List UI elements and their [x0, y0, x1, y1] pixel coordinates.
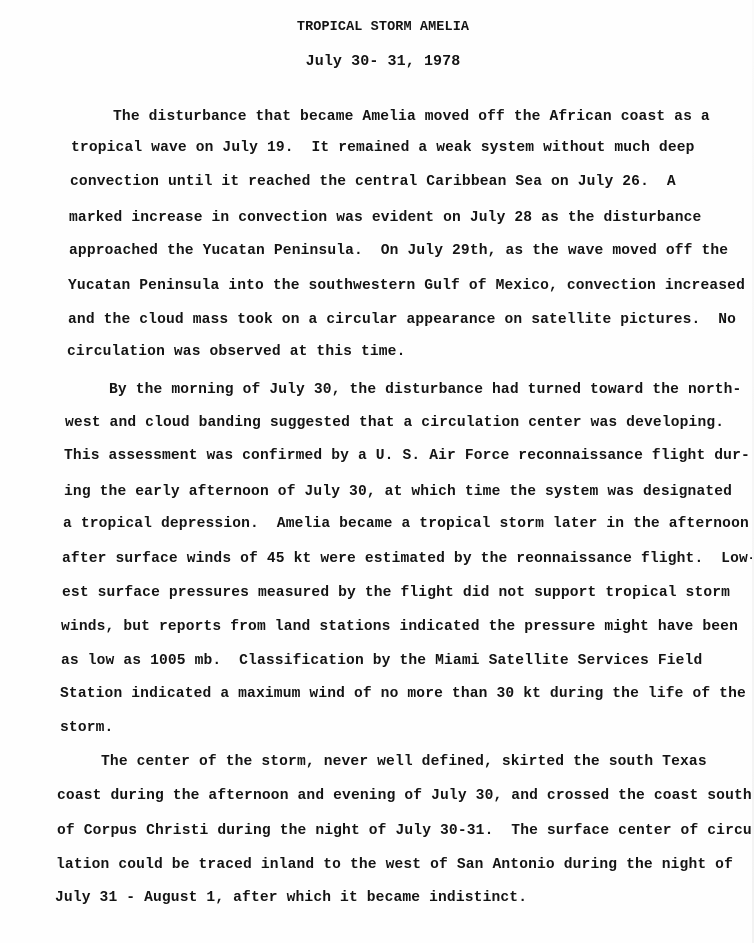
text-line: marked increase in convection was eviden…	[69, 209, 701, 227]
text-line: storm.	[60, 719, 113, 737]
document-title: TROPICAL STORM AMELIA	[0, 20, 754, 35]
text-line: winds, but reports from land stations in…	[61, 618, 738, 636]
text-line: after surface winds of 45 kt were estima…	[62, 550, 754, 568]
text-line: July 31 - August 1, after which it becam…	[55, 889, 527, 907]
document-page: TROPICAL STORM AMELIA July 30- 31, 1978 …	[0, 0, 754, 943]
text-line: a tropical depression. Amelia became a t…	[63, 515, 749, 533]
text-line: By the morning of July 30, the disturban…	[109, 381, 741, 399]
document-dates: July 30- 31, 1978	[0, 53, 754, 70]
text-line: est surface pressures measured by the fl…	[62, 584, 730, 602]
text-line: of Corpus Christi during the night of Ju…	[57, 822, 754, 840]
text-line: coast during the afternoon and evening o…	[57, 787, 752, 805]
text-line: circulation was observed at this time.	[67, 343, 406, 361]
text-line: tropical wave on July 19. It remained a …	[71, 139, 695, 157]
text-line: The center of the storm, never well defi…	[101, 753, 707, 771]
text-line: The disturbance that became Amelia moved…	[113, 108, 710, 126]
text-line: west and cloud banding suggested that a …	[65, 414, 724, 432]
text-line: This assessment was confirmed by a U. S.…	[64, 447, 750, 465]
text-line: and the cloud mass took on a circular ap…	[68, 311, 736, 329]
text-line: as low as 1005 mb. Classification by the…	[61, 652, 702, 670]
text-line: lation could be traced inland to the wes…	[56, 856, 733, 874]
text-line: ing the early afternoon of July 30, at w…	[64, 483, 732, 501]
text-line: Station indicated a maximum wind of no m…	[60, 685, 746, 703]
text-line: approached the Yucatan Peninsula. On Jul…	[69, 242, 728, 260]
text-line: convection until it reached the central …	[70, 173, 676, 191]
text-line: Yucatan Peninsula into the southwestern …	[68, 277, 745, 295]
